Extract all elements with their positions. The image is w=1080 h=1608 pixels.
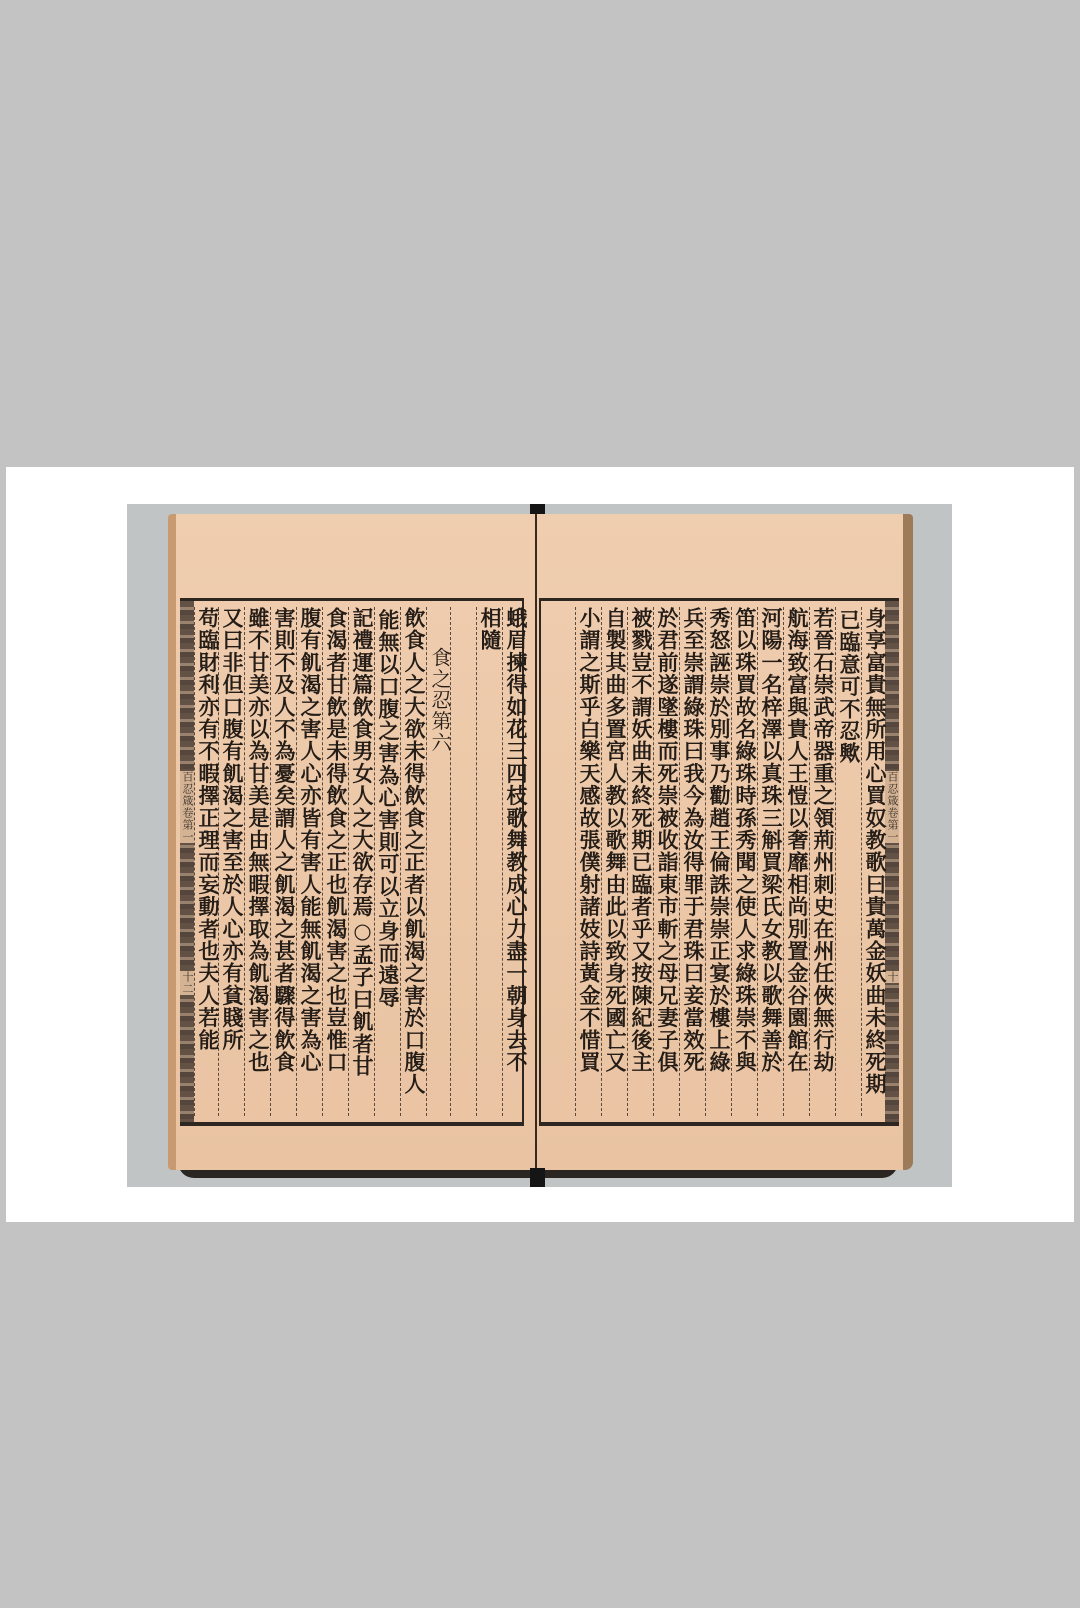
text-column: 航海致富與貴人王愷以奢靡相尚別置金谷園館在 bbox=[783, 607, 810, 1116]
text-column: 雖不甘美亦以為甘美是由無暇擇取為飢渴害之也 bbox=[244, 607, 271, 1116]
text-column: 於君前遂墜樓而死崇被收詣東市斬之母兄妻子俱 bbox=[653, 607, 680, 1116]
right-text-block: 百忍箴卷第一 十 身享富貴無所用心買奴教歌曰貴萬金妖曲未終死期 已臨意可不忍歟 … bbox=[539, 598, 899, 1126]
text-column: 身享富貴無所用心買奴教歌曰貴萬金妖曲未終死期 bbox=[861, 607, 888, 1116]
left-page-number: 十二 bbox=[180, 971, 194, 995]
text-column: 若晉石崇武帝器重之領荊州刺史在州任俠無行劫 bbox=[809, 607, 836, 1116]
text-column: 兵至崇謂綠珠曰我今為汝得罪于君珠曰妾當效死 bbox=[679, 607, 706, 1116]
spine-clip-bottom bbox=[530, 1168, 545, 1187]
text-column: 食渴者甘飲是未得飲食之正也飢渴害之也豈惟口 bbox=[322, 607, 349, 1116]
text-column: 秀怒誣崇於別事乃勸趙王倫誅崇崇正宴於樓上綠 bbox=[705, 607, 732, 1116]
left-fore-edge: 百忍箴卷第一 十二 bbox=[180, 601, 194, 1122]
section-heading: 食之忍第六 bbox=[426, 607, 453, 1116]
text-column: 腹有飢渴之害人心亦皆有害人能無飢渴之害為心 bbox=[296, 607, 323, 1116]
text-column: 又曰非但口腹有飢渴之害至於人心亦有貧賤所 bbox=[218, 607, 245, 1116]
text-column: 笛以珠買故名綠珠時孫秀聞之使人求綠珠崇不與 bbox=[731, 607, 758, 1116]
left-fore-edge-title: 百忍箴卷第一 bbox=[180, 771, 194, 843]
text-column: 相隨 bbox=[476, 607, 503, 1116]
text-column: 記禮運篇飲食男女人之大欲存焉○孟子曰飢者甘 bbox=[348, 607, 375, 1116]
text-column: 河陽一名梓澤以真珠三斛買梁氏女教以歌舞善於 bbox=[757, 607, 784, 1116]
text-column: 小謂之斯乎白樂天感故張僕射諸妓詩黃金不惜買 bbox=[575, 607, 602, 1116]
text-column: 已臨意可不忍歟 bbox=[835, 607, 862, 1116]
text-column: 飲食人之大欲未得飲食之正者以飢渴之害於口腹人 bbox=[400, 607, 427, 1116]
left-text-block: 百忍箴卷第一 十二 蛾眉揀得如花三四枝歌舞教成心力盡一朝身去不 相隨 食之忍第六… bbox=[180, 598, 524, 1126]
text-column: 害則不及人不為憂矣謂人之飢渴之甚者驟得飲食 bbox=[270, 607, 297, 1116]
text-column: 自製其曲多置宮人教以歌舞由此以致身死國亡又 bbox=[601, 607, 628, 1116]
text-column: 蛾眉揀得如花三四枝歌舞教成心力盡一朝身去不 bbox=[502, 607, 529, 1116]
spine-clip-top bbox=[530, 504, 545, 514]
left-page: 百忍箴卷第一 十二 蛾眉揀得如花三四枝歌舞教成心力盡一朝身去不 相隨 食之忍第六… bbox=[168, 514, 536, 1170]
text-column: 被戮豈不謂妖曲未終死期已臨者乎又按陳紀後主 bbox=[627, 607, 654, 1116]
text-column: 苟臨財利亦有不暇擇正理而妄動者也夫人若能 bbox=[194, 607, 221, 1116]
text-column: 能無以口腹之害為心害則可以立身而遠辱 bbox=[374, 607, 401, 1116]
right-page: 百忍箴卷第一 十 身享富貴無所用心買奴教歌曰貴萬金妖曲未終死期 已臨意可不忍歟 … bbox=[537, 514, 913, 1170]
text-column bbox=[450, 607, 477, 1116]
